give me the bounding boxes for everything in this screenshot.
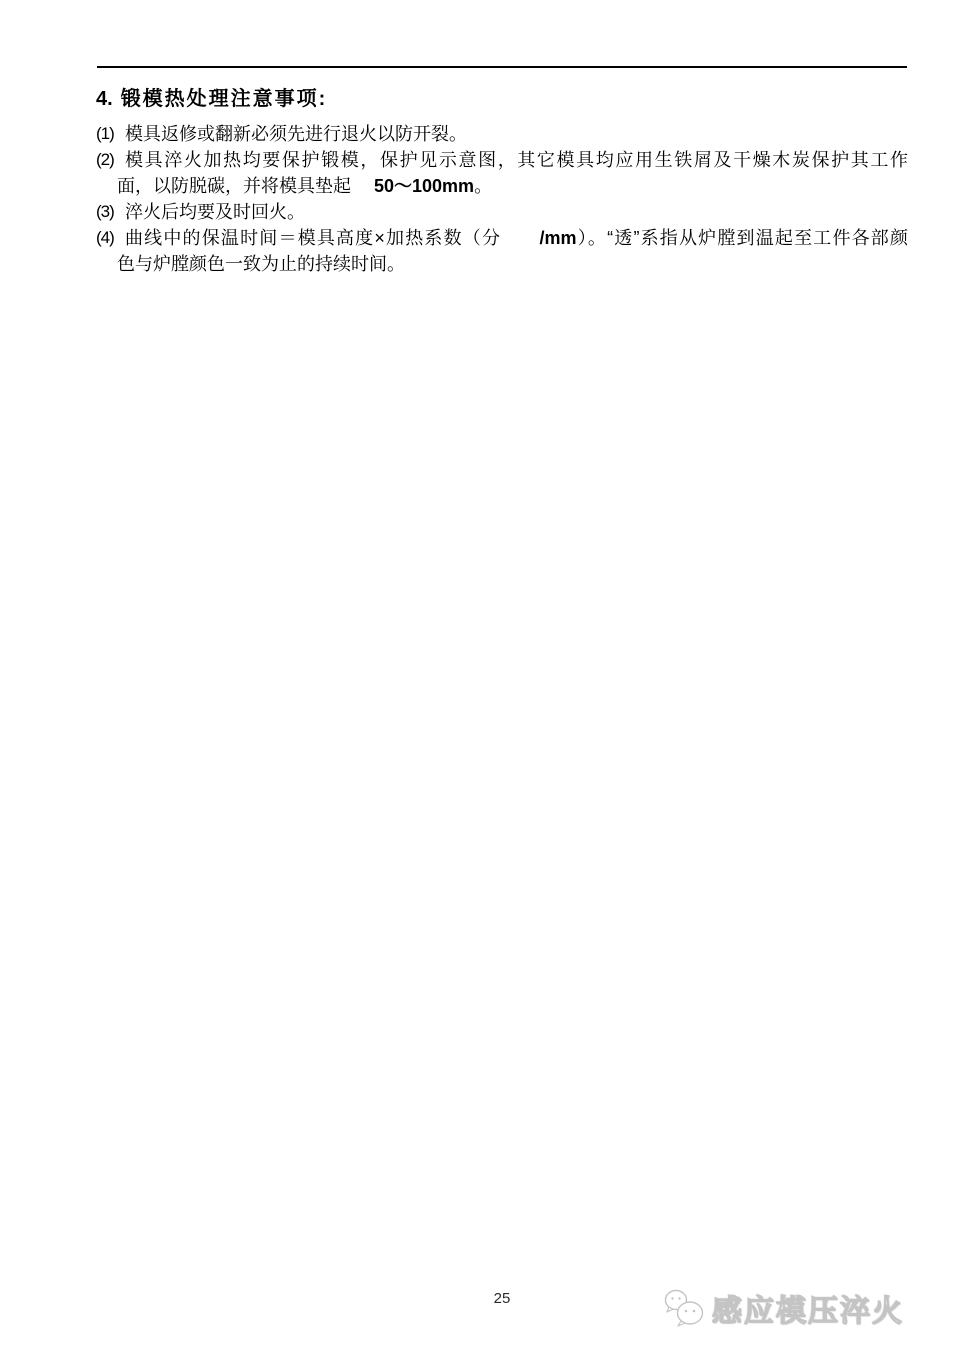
note-line: 淬火后均要及时回火。: [117, 199, 908, 225]
section-heading: 4.锻模热处理注意事项:: [96, 86, 908, 112]
document-page: 4.锻模热处理注意事项: (1) 模具返修或翻新必须先进行退火以防开裂。 (2)…: [0, 0, 956, 1353]
note-text: 模具返修或翻新必须先进行退火以防开裂。: [125, 124, 467, 144]
note-line: 面，以防脱碳，并将模具垫起 50～100mm。: [117, 173, 908, 199]
note-text: 。: [474, 176, 492, 196]
note-text-bold: 50～100mm: [374, 176, 474, 196]
page-content: 4.锻模热处理注意事项: (1) 模具返修或翻新必须先进行退火以防开裂。 (2)…: [96, 86, 908, 277]
note-line: 模具返修或翻新必须先进行退火以防开裂。: [117, 121, 908, 147]
note-text: 曲线中的保温时间＝模具高度×加热系数（分: [125, 228, 540, 248]
list-item-1: (1) 模具返修或翻新必须先进行退火以防开裂。: [96, 121, 908, 147]
wechat-icon: [663, 1288, 705, 1328]
note-line: 曲线中的保温时间＝模具高度×加热系数（分 /mm）。“透”系指从炉膛到温起至工件…: [117, 225, 908, 251]
note-text: 色与炉膛颜色一致为止的持续时间。: [117, 254, 405, 274]
list-item-3: (3) 淬火后均要及时回火。: [96, 199, 908, 225]
note-text: 淬火后均要及时回火。: [125, 202, 305, 222]
note-line: 模具淬火加热均要保护锻模，保护见示意图，其它模具均应用生铁屑及干燥木炭保护其工作: [117, 147, 908, 173]
note-text: ）。“透”系指从炉膛到温起至工件各部颜: [577, 228, 908, 248]
watermark-text: 感应模压淬火: [712, 1286, 904, 1330]
item-marker: (2): [96, 147, 117, 173]
section-number: 4.: [96, 88, 113, 110]
section-title: 锻模热处理注意事项:: [121, 88, 328, 110]
list-item-2: (2) 模具淬火加热均要保护锻模，保护见示意图，其它模具均应用生铁屑及干燥木炭保…: [96, 147, 908, 199]
item-marker: (3): [96, 199, 117, 225]
item-marker: (1): [96, 121, 117, 147]
note-text: 面，以防脱碳，并将模具垫起: [117, 176, 374, 196]
note-text: 模具淬火加热均要保护锻模，保护见示意图，其它模具均应用生铁屑及干燥木炭保护其工作: [125, 150, 908, 170]
header-rule: [97, 66, 907, 68]
item-marker: (4): [96, 225, 117, 251]
note-text-bold: /mm: [540, 228, 577, 248]
list-item-4: (4) 曲线中的保温时间＝模具高度×加热系数（分 /mm）。“透”系指从炉膛到温…: [96, 225, 908, 277]
note-line: 色与炉膛颜色一致为止的持续时间。: [117, 251, 908, 277]
notes-list: (1) 模具返修或翻新必须先进行退火以防开裂。 (2) 模具淬火加热均要保护锻模…: [96, 121, 908, 277]
watermark: 感应模压淬火: [663, 1286, 904, 1330]
